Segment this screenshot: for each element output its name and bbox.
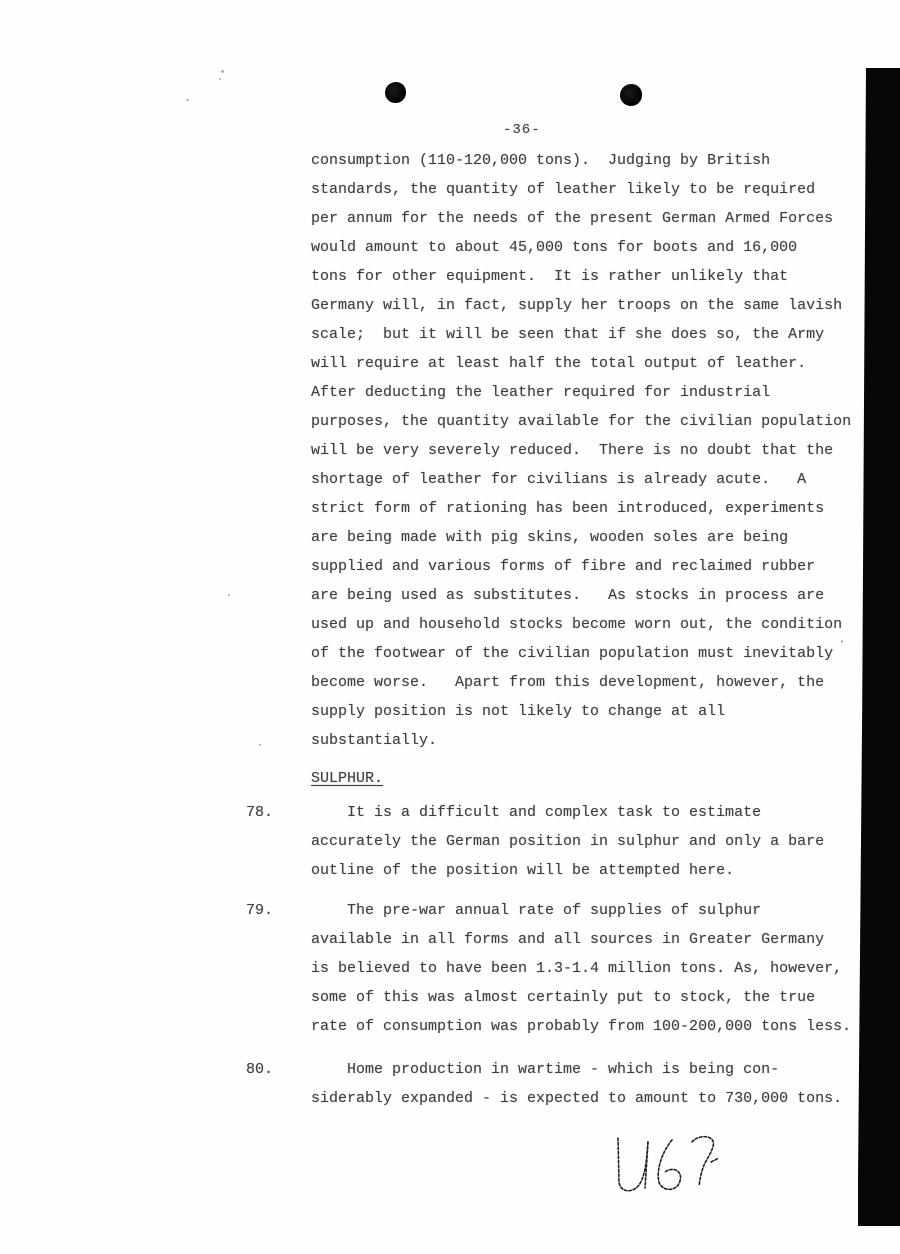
continuation-paragraph: consumption (110-120,000 tons). Judging …	[311, 146, 876, 755]
paragraph-number: 79.	[246, 896, 273, 925]
paragraph-number: 80.	[246, 1055, 273, 1084]
paragraph-text: Home production in wartime - which is be…	[311, 1055, 876, 1113]
paragraph-80: 80. Home production in wartime - which i…	[311, 1055, 876, 1113]
paragraph-text: It is a difficult and complex task to es…	[311, 798, 876, 885]
noise-speck	[186, 99, 189, 101]
section-heading: SULPHUR.	[311, 764, 876, 793]
paragraph-number: 78.	[246, 798, 273, 827]
punch-dot-icon	[385, 82, 406, 103]
noise-speck	[841, 640, 843, 643]
noise-speck	[259, 744, 261, 746]
noise-speck	[228, 594, 230, 596]
noise-speck	[221, 70, 224, 73]
paragraph-79: 79. The pre-war annual rate of supplies …	[311, 896, 876, 1041]
handwritten-note	[610, 1130, 730, 1208]
punch-dot-icon	[620, 84, 642, 106]
document-body: consumption (110-120,000 tons). Judging …	[311, 146, 876, 1113]
scanned-document-page: -36- consumption (110-120,000 tons). Jud…	[0, 0, 900, 1254]
paragraph-78: 78. It is a difficult and complex task t…	[311, 798, 876, 885]
section-heading-text: SULPHUR.	[311, 770, 383, 787]
noise-speck	[219, 78, 221, 80]
paragraph-text: The pre-war annual rate of supplies of s…	[311, 896, 876, 1041]
page-number: -36-	[503, 121, 541, 139]
